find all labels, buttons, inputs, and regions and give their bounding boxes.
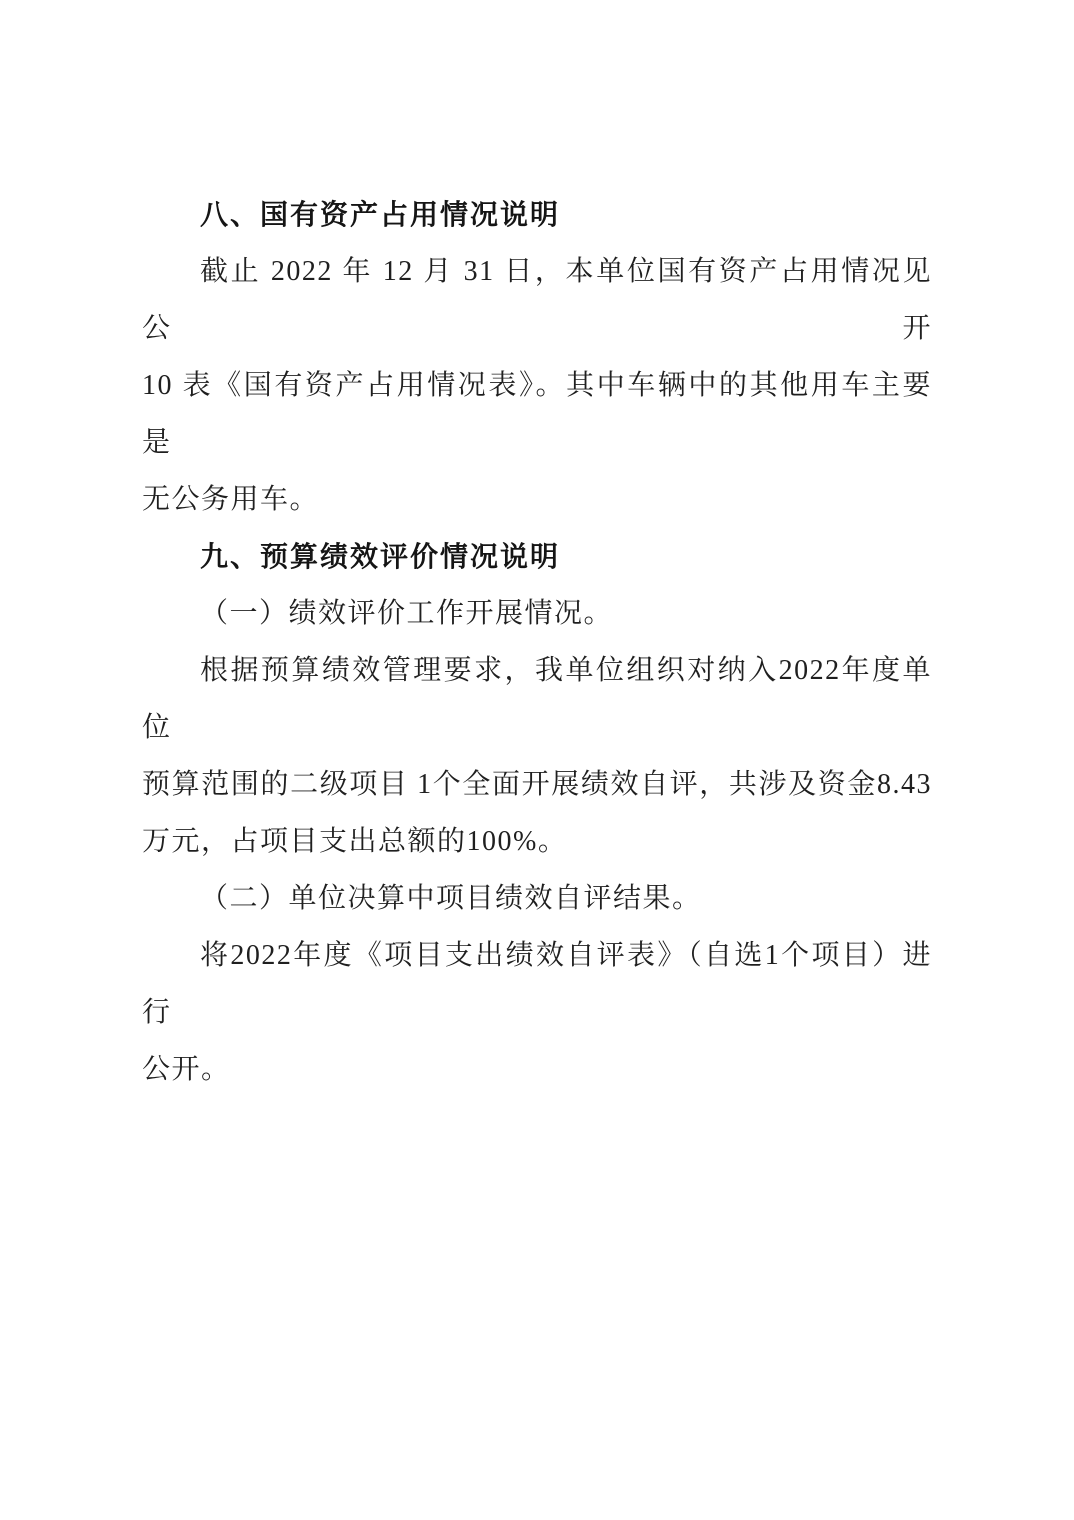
text-line: （一）绩效评价工作开展情况。 bbox=[142, 585, 932, 642]
text-line: 截止 2022 年 12 月 31 日，本单位国有资产占用情况见公开 bbox=[142, 243, 932, 357]
document-page: 八、国有资产占用情况说明 截止 2022 年 12 月 31 日，本单位国有资产… bbox=[0, 0, 1074, 1520]
paragraph-self-evaluation-disclosure: 将2022年度《项目支出绩效自评表》（自选1个项目）进行 公开。 bbox=[142, 927, 932, 1098]
paragraph-subheading-2: （二）单位决算中项目绩效自评结果。 bbox=[142, 870, 932, 927]
text-line: 万元，占项目支出总额的100%。 bbox=[142, 813, 932, 870]
text-line: 将2022年度《项目支出绩效自评表》（自选1个项目）进行 bbox=[142, 927, 932, 1041]
paragraph-subheading-1: （一）绩效评价工作开展情况。 bbox=[142, 585, 932, 642]
text-line: 无公务用车。 bbox=[142, 471, 932, 528]
text-line: 预算范围的二级项目 1个全面开展绩效自评，共涉及资金8.43 bbox=[142, 756, 932, 813]
paragraph-self-evaluation-scope: 根据预算绩效管理要求，我单位组织对纳入2022年度单位 预算范围的二级项目 1个… bbox=[142, 642, 932, 870]
paragraph-state-assets: 截止 2022 年 12 月 31 日，本单位国有资产占用情况见公开 10 表《… bbox=[142, 243, 932, 528]
section-heading-9-performance-evaluation: 九、预算绩效评价情况说明 bbox=[142, 528, 932, 585]
section-heading-8-state-assets: 八、国有资产占用情况说明 bbox=[142, 186, 932, 243]
text-line: 根据预算绩效管理要求，我单位组织对纳入2022年度单位 bbox=[142, 642, 932, 756]
text-line: 10 表《国有资产占用情况表》。其中车辆中的其他用车主要是 bbox=[142, 357, 932, 471]
text-line: （二）单位决算中项目绩效自评结果。 bbox=[142, 870, 932, 927]
text-line: 公开。 bbox=[142, 1041, 932, 1098]
document-content: 八、国有资产占用情况说明 截止 2022 年 12 月 31 日，本单位国有资产… bbox=[142, 186, 932, 1098]
